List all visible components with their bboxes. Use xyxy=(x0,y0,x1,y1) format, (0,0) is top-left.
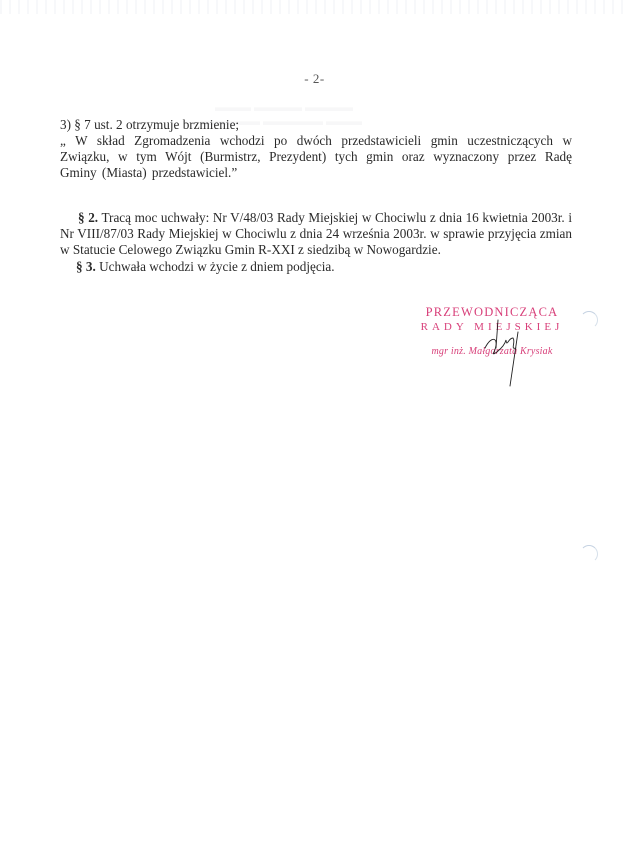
bleed-through-text: ▬▬▬ ▬▬▬▬ ▬▬▬▬ xyxy=(215,100,353,115)
section-2-text: Tracą moc uchwały: Nr V/48/03 Rady Miejs… xyxy=(60,210,572,257)
page-number: - 2- xyxy=(0,71,629,87)
scan-artifact xyxy=(0,0,629,14)
section-2-paragraph: § 2. Tracą moc uchwały: Nr V/48/03 Rady … xyxy=(60,210,572,258)
stamp-title: PRZEWODNICZĄCA xyxy=(412,305,572,319)
section-3-paragraph: § 3. Uchwała wchodzi w życie z dniem pod… xyxy=(60,259,572,275)
handwritten-signature xyxy=(480,318,530,388)
section-3-text: Uchwała wchodzi w życie z dniem podjęcia… xyxy=(96,259,335,274)
punch-hole-mark xyxy=(580,311,598,329)
amendment-quote: „ W skład Zgromadzenia wchodzi po dwóch … xyxy=(60,133,572,181)
amendment-paragraph: 3) § 7 ust. 2 otrzymuje brzmienie; „ W s… xyxy=(60,117,572,181)
section-3-mark: § 3. xyxy=(76,259,96,274)
section-2-mark: § 2. xyxy=(78,210,98,225)
amendment-heading: 3) § 7 ust. 2 otrzymuje brzmienie; xyxy=(60,117,572,133)
punch-hole-mark xyxy=(580,545,598,563)
